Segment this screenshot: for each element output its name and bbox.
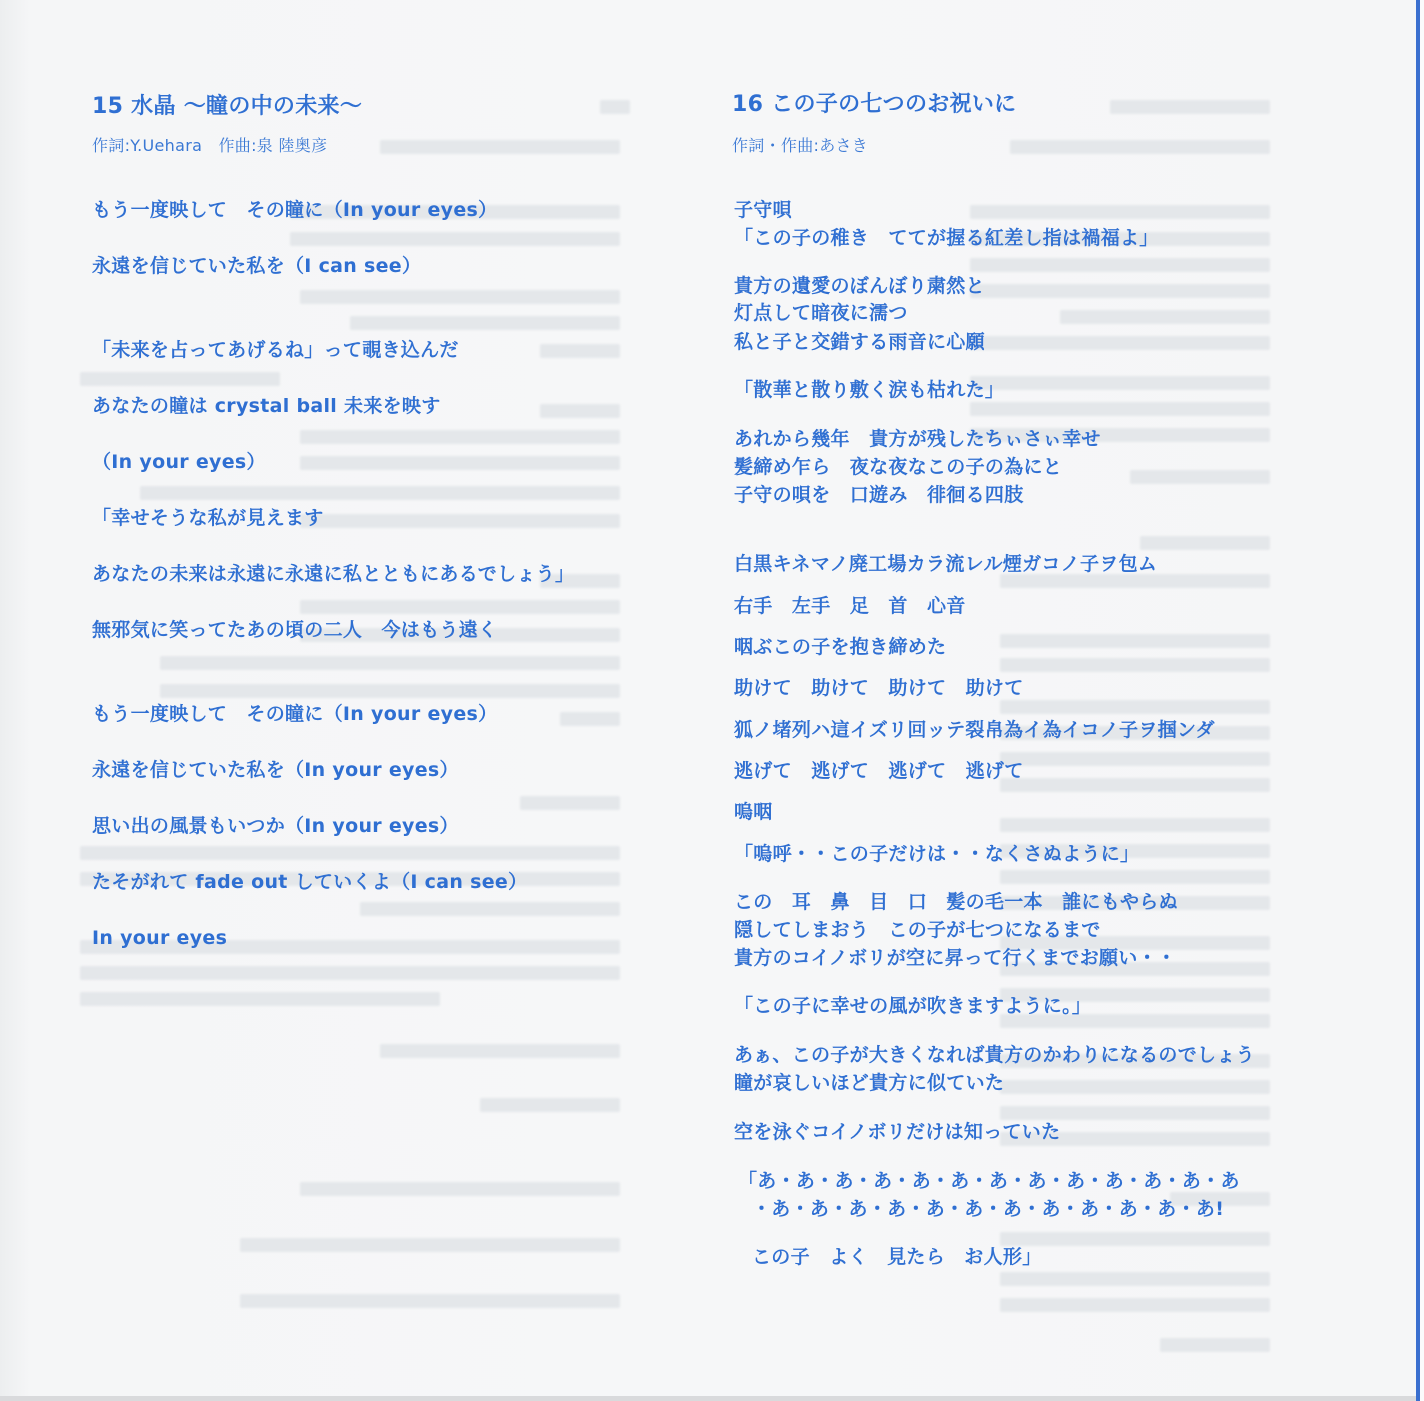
lyric-line: 嗚咽 xyxy=(734,800,773,824)
lyric-line: 隠してしまおう この子が七つになるまで xyxy=(734,918,1101,942)
lyric-line: あなたの未来は永遠に永遠に私とともにあるでしょう」 xyxy=(92,562,574,586)
lyric-line: 「散華と散り敷く涙も枯れた」 xyxy=(734,378,1004,402)
lyric-line: 思い出の風景もいつか（In your eyes） xyxy=(92,814,459,838)
lyric-line: 貴方のコイノボリが空に昇って行くまでお願い・・ xyxy=(734,946,1176,970)
booklet-edge-margin xyxy=(1420,0,1424,1401)
lyric-line: 瞳が哀しいほど貴方に似ていた xyxy=(734,1071,1004,1095)
lyric-line: この 耳 鼻 目 口 髪の毛一本 誰にもやらぬ xyxy=(734,890,1178,914)
lyric-line: あれから幾年 貴方が残したちぃさぃ幸せ xyxy=(734,427,1101,451)
scan-bottom-edge xyxy=(0,1396,1416,1401)
lyric-line: 「幸せそうな私が見えます xyxy=(92,506,324,530)
lyric-line: 咽ぶこの子を抱き締めた xyxy=(734,635,946,659)
lyric-line: 空を泳ぐコイノボリだけは知っていた xyxy=(734,1120,1060,1144)
lyric-line: In your eyes xyxy=(92,926,227,950)
lyric-line: 髪締め乍ら 夜な夜なこの子の為にと xyxy=(734,455,1062,479)
lyric-line: 「あ・あ・あ・あ・あ・あ・あ・あ・あ・あ・あ・あ・あ xyxy=(738,1169,1240,1193)
lyric-line: 子守唄 xyxy=(734,198,792,222)
lyric-line: 私と子と交錯する雨音に心願 xyxy=(734,330,985,354)
lyric-line: 右手 左手 足 首 心音 xyxy=(734,594,966,618)
lyric-line: 「この子の稚き ててが握る紅差し指は禍福よ」 xyxy=(734,226,1159,250)
lyric-line: もう一度映して その瞳に（In your eyes） xyxy=(92,198,497,222)
lyric-line: 白黒キネマノ廃工場カラ流レル煙ガコノ子ヲ包ム xyxy=(734,552,1157,576)
lyric-line: 「この子に幸せの風が吹きますように。」 xyxy=(734,994,1091,1018)
lyric-line: 「未来を占ってあげるね」って覗き込んだ xyxy=(92,338,459,362)
lyric-line: あなたの瞳は crystal ball 未来を映す xyxy=(92,394,441,418)
song-title: 16 この子の七つのお祝いに xyxy=(732,91,1016,119)
lyric-line: 貴方の遺愛のぼんぼり粛然と xyxy=(734,274,985,298)
song-credit: 作詞・作曲:あさき xyxy=(732,135,868,157)
lyric-line: 無邪気に笑ってたあの頃の二人 今はもう遠く xyxy=(92,618,497,642)
lyric-line: （In your eyes） xyxy=(92,450,266,474)
lyric-line: 永遠を信じていた私を（In your eyes） xyxy=(92,758,459,782)
lyric-line: この子 よく 見たら お人形」 xyxy=(752,1245,1042,1269)
lyric-line: 逃げて 逃げて 逃げて 逃げて xyxy=(734,759,1024,783)
lyric-line: 永遠を信じていた私を（I can see） xyxy=(92,254,421,278)
lyric-line: 「嗚呼・・この子だけは・・なくさぬように」 xyxy=(734,842,1139,866)
lyric-line: 灯点して暗夜に濡つ xyxy=(734,301,908,325)
lyric-line: 助けて 助けて 助けて 助けて xyxy=(734,676,1024,700)
lyric-line: ・あ・あ・あ・あ・あ・あ・あ・あ・あ・あ・あ・あ! xyxy=(752,1197,1224,1221)
song-title: 15 水晶 〜瞳の中の未来〜 xyxy=(92,93,362,121)
lyric-line: たそがれて fade out していくよ（I can see） xyxy=(92,870,527,894)
lyric-line: あぁ、この子が大きくなれば貴方のかわりになるのでしょう xyxy=(734,1043,1255,1067)
lyric-line: 狐ノ堵列ハ這イズリ回ッテ裂帛為イ為イコノ子ヲ掴ンダ xyxy=(734,718,1215,742)
song-credit: 作詞:Y.Uehara 作曲:泉 陸奥彦 xyxy=(92,135,327,157)
lyric-line: もう一度映して その瞳に（In your eyes） xyxy=(92,702,497,726)
lyric-line: 子守の唄を 口遊み 徘徊る四肢 xyxy=(734,483,1024,507)
booklet-page: 15 水晶 〜瞳の中の未来〜 作詞:Y.Uehara 作曲:泉 陸奥彦 もう一度… xyxy=(0,0,1424,1401)
